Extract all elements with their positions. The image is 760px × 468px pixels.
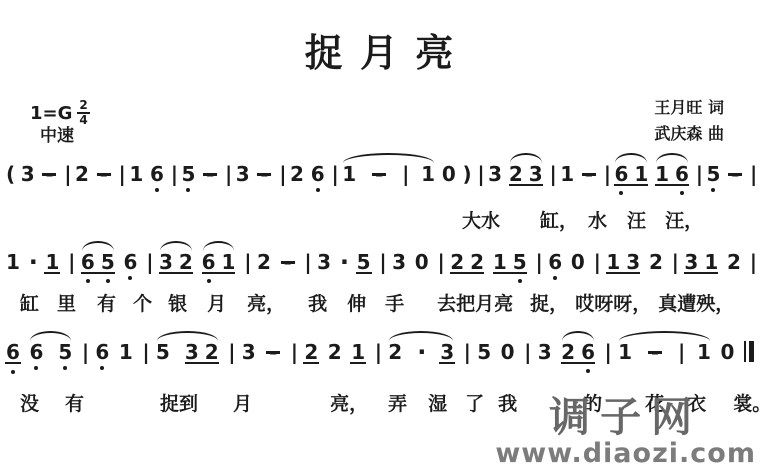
lyric-token: 个	[133, 289, 152, 316]
composer-credit: 武庆森 曲	[654, 121, 724, 147]
note: 2	[561, 340, 575, 364]
slur-group: 2·3	[388, 340, 454, 364]
note: 1	[129, 162, 143, 186]
lyric-token: 手	[385, 289, 404, 316]
note: 3	[159, 250, 173, 274]
note: 0	[720, 340, 734, 364]
beam-group: 13	[606, 250, 640, 274]
note: 0	[571, 250, 585, 274]
note: 2	[727, 250, 741, 274]
duration-dash: -	[41, 162, 57, 186]
barline: |	[524, 340, 528, 364]
note: 2	[75, 162, 89, 186]
barline: |	[244, 250, 248, 274]
barline: |	[672, 250, 676, 274]
slur-group: 1-|1	[618, 340, 711, 364]
lyric-token: 汪，	[665, 206, 703, 233]
note: 3	[392, 250, 406, 274]
slur-beam-group: 61	[202, 250, 236, 274]
note: 5	[156, 340, 170, 364]
octave-dot	[316, 188, 320, 192]
note: 3	[529, 162, 543, 186]
barline: |	[696, 162, 700, 186]
octave-dot	[680, 191, 684, 195]
slur-group: 65	[29, 340, 72, 364]
octave-dot	[518, 279, 522, 283]
song-title: 捉 月 亮	[0, 22, 760, 77]
note: 3	[242, 340, 256, 364]
note: 2	[328, 340, 342, 364]
note: 6	[124, 250, 138, 274]
beam-group: 32	[185, 340, 219, 364]
final-barline	[744, 341, 754, 362]
note: 3	[185, 340, 199, 364]
barline: |	[82, 340, 86, 364]
octave-dot	[186, 188, 190, 192]
note: 1	[342, 162, 356, 186]
octave-dot	[86, 279, 90, 283]
time-signature-denominator: 4	[79, 114, 87, 127]
music-line-3: 665|61|532|3-|221|2·3|50|326|1-|10	[6, 340, 754, 364]
octave-dot	[63, 366, 67, 370]
barline: |	[119, 162, 123, 186]
barline: |	[142, 340, 146, 364]
octave-dot	[100, 366, 104, 370]
note: 0	[501, 340, 515, 364]
note: 5	[477, 340, 491, 364]
octave-dot	[155, 188, 159, 192]
barline: |	[604, 162, 608, 186]
note: 2	[649, 250, 663, 274]
barline: |	[68, 250, 72, 274]
note: 6	[202, 250, 216, 274]
barline: |	[375, 340, 379, 364]
beam-group: 22	[450, 250, 484, 274]
note: 5	[101, 250, 115, 274]
note: 5	[58, 340, 72, 364]
time-signature: 2 4	[77, 99, 89, 127]
octave-dot	[34, 366, 38, 370]
slur-beam-group: 61	[614, 162, 648, 186]
note: 6	[95, 340, 109, 364]
note: 3	[317, 250, 331, 274]
slur-beam-group: 16	[655, 162, 689, 186]
note: 2	[470, 250, 484, 274]
lyric-token: 月	[207, 289, 226, 316]
parenthesis: )	[463, 162, 471, 186]
note: 3	[684, 250, 698, 274]
barline: |	[594, 250, 598, 274]
slur-beam-group: 65	[81, 250, 115, 274]
note: 6	[614, 162, 628, 186]
lyric-token: 缸	[20, 289, 39, 316]
note: 2	[304, 340, 318, 364]
note: 1	[606, 250, 620, 274]
note: 6	[548, 250, 562, 274]
augmentation-dot: ·	[29, 250, 37, 274]
note: 6	[29, 340, 43, 364]
note: 1	[704, 250, 718, 274]
slur-beam-group: 26	[561, 340, 595, 364]
octave-dot	[586, 369, 590, 373]
note: 2	[179, 250, 193, 274]
slur-beam-group: 23	[509, 162, 543, 186]
lyric-token: 大水	[462, 206, 500, 233]
octave-dot	[207, 279, 211, 283]
lyrics-line-2: 缸里有个银月亮，我伸手去把月亮捉，哎呀呀，真遭殃，	[6, 289, 734, 316]
barline: |	[171, 162, 175, 186]
barline: |	[477, 162, 481, 186]
duration-dash: -	[280, 250, 296, 274]
watermark-site-name: 调子网	[495, 397, 756, 438]
note: 3	[488, 162, 502, 186]
lyric-token: 去把月亮	[437, 289, 513, 316]
note: 3	[236, 162, 250, 186]
note: 3	[538, 340, 552, 364]
note: 6	[311, 162, 325, 186]
note: 0	[415, 250, 429, 274]
barline: |	[279, 162, 283, 186]
parenthesis: (	[6, 162, 14, 186]
note: 5	[707, 162, 721, 186]
slur-beam-group: 32	[159, 250, 193, 274]
credits: 王月旺 词 武庆森 曲	[654, 95, 724, 146]
lyric-token: 水	[588, 206, 607, 233]
note: 5	[182, 162, 196, 186]
barline: |	[379, 250, 383, 274]
barline: |	[146, 250, 150, 274]
note: 1	[119, 340, 133, 364]
octave-dot	[106, 279, 110, 283]
lyrics-line-1: 大水缸，水汪汪，	[6, 206, 703, 233]
note: 2	[290, 162, 304, 186]
lyric-token: 真遭殃，	[658, 289, 734, 316]
octave-dot	[619, 191, 623, 195]
lyric-token: 月	[233, 389, 252, 416]
beam-group: 31	[684, 250, 718, 274]
beam-group: 15	[493, 250, 527, 274]
music-line-2: 1·1|656|3261|2-|3·5|30|2215|60|132|312|	[6, 250, 754, 274]
barline: |	[464, 340, 468, 364]
note: 6	[81, 250, 95, 274]
duration-dash: -	[256, 162, 272, 186]
music-line-1: (3-|2-|16|5-|3-|26|1-|10)|323|1-|6116|5-…	[6, 162, 754, 186]
barline: |	[225, 162, 229, 186]
octave-dot	[711, 188, 715, 192]
note: 1	[421, 162, 435, 186]
lyric-token: 了	[465, 389, 484, 416]
note: 1	[351, 340, 365, 364]
duration-dash: -	[371, 162, 387, 186]
octave-dot	[553, 276, 557, 280]
barline: |	[549, 162, 553, 186]
duration-dash: -	[96, 162, 112, 186]
note: 6	[581, 340, 595, 364]
augmentation-dot: ·	[340, 250, 348, 274]
note: 2	[257, 250, 271, 274]
barline: |	[750, 162, 754, 186]
lyric-token: 捉到	[160, 389, 198, 416]
augmentation-dot: ·	[417, 340, 425, 364]
note: 6	[675, 162, 689, 186]
barline: |	[678, 340, 682, 364]
duration-dash: -	[581, 162, 597, 186]
lyricist-credit: 王月旺 词	[654, 95, 724, 121]
note: 1	[697, 340, 711, 364]
barline: |	[437, 250, 441, 274]
barline: |	[331, 162, 335, 186]
barline: |	[304, 250, 308, 274]
note: 3	[626, 250, 640, 274]
slur-group: 532	[156, 340, 219, 364]
lyric-token: 汪	[627, 206, 646, 233]
note: 5	[513, 250, 527, 274]
lyric-token: 有	[65, 389, 84, 416]
lyric-token: 银	[168, 289, 187, 316]
barline: |	[402, 162, 406, 186]
lyric-token: 亮，	[330, 389, 368, 416]
watermark: 调子网 www.diaozi.com	[495, 397, 756, 467]
lyric-token: 伸	[347, 289, 366, 316]
duration-dash: -	[647, 340, 663, 364]
note: 1	[493, 250, 507, 274]
tempo-marking: 中速	[40, 121, 74, 146]
note: 3	[21, 162, 35, 186]
sheet-music-page: 捉 月 亮 1=G 2 4 中速 王月旺 词 武庆森 曲 (3-|2-|16|5…	[0, 0, 760, 468]
lyric-token: 弄	[388, 389, 407, 416]
barline: |	[750, 250, 754, 274]
note: 2	[388, 340, 402, 364]
lyric-token: 缸，	[540, 206, 578, 233]
lyric-token: 里	[57, 289, 76, 316]
barline: |	[64, 162, 68, 186]
note: 3	[440, 340, 454, 364]
lyric-token: 哎呀呀，	[575, 289, 651, 316]
duration-dash: -	[727, 162, 743, 186]
lyric-token: 亮，	[247, 289, 285, 316]
time-signature-numerator: 2	[77, 99, 89, 114]
barline: |	[535, 250, 539, 274]
barline: |	[605, 340, 609, 364]
note: 1	[634, 162, 648, 186]
duration-dash: -	[265, 340, 281, 364]
note: 2	[205, 340, 219, 364]
note: 1	[6, 250, 20, 274]
note: 1	[618, 340, 632, 364]
octave-dot	[128, 276, 132, 280]
note: 1	[45, 250, 59, 274]
note: 2	[450, 250, 464, 274]
note: 1	[222, 250, 236, 274]
note: 0	[442, 162, 456, 186]
note: 6	[6, 340, 20, 364]
lyric-token: 湿	[428, 389, 447, 416]
lyric-token: 我	[308, 289, 327, 316]
barline: |	[228, 340, 232, 364]
watermark-site-url: www.diaozi.com	[495, 440, 756, 467]
note: 1	[655, 162, 669, 186]
note: 5	[357, 250, 371, 274]
octave-dot	[11, 370, 15, 374]
slur-group: 1-|1	[342, 162, 435, 186]
note: 1	[560, 162, 574, 186]
duration-dash: -	[202, 162, 218, 186]
lyric-token: 捉，	[530, 289, 568, 316]
lyric-token: 有	[97, 289, 116, 316]
lyric-token: 没	[20, 389, 39, 416]
note: 6	[150, 162, 164, 186]
barline: |	[291, 340, 295, 364]
note: 2	[509, 162, 523, 186]
